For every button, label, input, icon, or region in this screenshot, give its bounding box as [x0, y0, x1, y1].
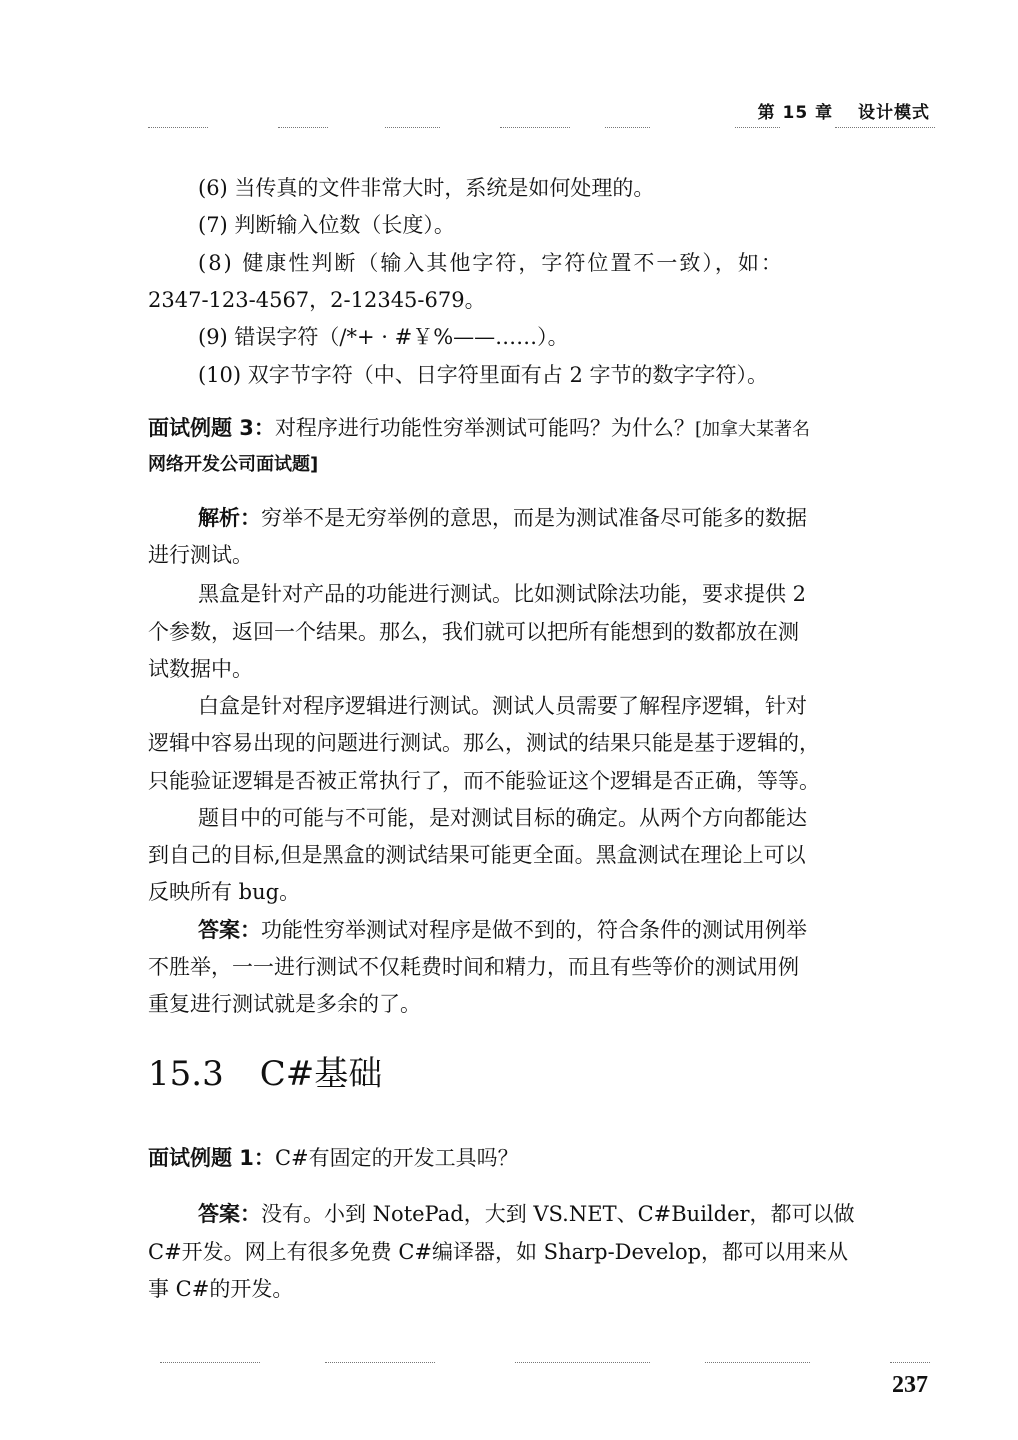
running-header: 第 15 章 设计模式 — [758, 98, 930, 123]
footer-rule — [325, 1362, 435, 1363]
header-rule — [605, 127, 650, 128]
header-rule — [735, 127, 780, 128]
question-3-source: 网络开发公司面试题] — [148, 447, 938, 483]
header-rule — [148, 127, 208, 128]
question-label: 面试例题 3： — [148, 416, 275, 440]
list-item: (6) 当传真的文件非常大时，系统是如何处理的。 — [198, 170, 988, 206]
answer-line: 事 C#的开发。 — [148, 1271, 938, 1307]
list-item: (9) 错误字符（/*+ · #￥%——……）。 — [198, 319, 988, 355]
section-heading: 15.3C#基础 — [148, 1052, 382, 1096]
question-text: 对程序进行功能性穷举测试可能吗？为什么？ — [275, 416, 695, 440]
analysis-text: 穷举不是无穷举例的意思，而是为测试准备尽可能多的数据 — [261, 506, 807, 530]
book-page: 第 15 章 设计模式 (6) 当传真的文件非常大时，系统是如何处理的。 (7)… — [0, 0, 1018, 1440]
answer-text: 功能性穷举测试对程序是做不到的，符合条件的测试用例举 — [261, 918, 807, 942]
chapter-title: 设计模式 — [858, 103, 930, 123]
section-number: 15.3 — [148, 1054, 224, 1094]
question-source-cont: 网络开发公司面试题] — [148, 454, 318, 475]
section-title-text: C#基础 — [260, 1054, 383, 1094]
paragraph-line: 黑盒是针对产品的功能进行测试。比如测试除法功能，要求提供 2 — [198, 576, 988, 612]
answer-text: 没有。小到 NotePad，大到 VS.NET、C#Builder，都可以做 — [261, 1202, 855, 1226]
question-1: 面试例题 1：C#有固定的开发工具吗？ — [148, 1140, 938, 1176]
header-rule — [835, 127, 935, 128]
paragraph-line: 题目中的可能与不可能，是对测试目标的确定。从两个方向都能达 — [198, 800, 988, 836]
footer-rule — [890, 1362, 930, 1363]
paragraph-line: 白盒是针对程序逻辑进行测试。测试人员需要了解程序逻辑，针对 — [198, 688, 988, 724]
header-rule — [500, 127, 570, 128]
list-item: (10) 双字节字符（中、日字符里面有占 2 字节的数字字符）。 — [198, 357, 988, 393]
answer-label: 答案： — [198, 918, 261, 942]
paragraph-line: 到自己的目标,但是黑盒的测试结果可能更全面。黑盒测试在理论上可以 — [148, 837, 938, 873]
footer-rule — [160, 1362, 260, 1363]
page-number: 237 — [892, 1372, 928, 1399]
paragraph-line: 逻辑中容易出现的问题进行测试。那么，测试的结果只能是基于逻辑的， — [148, 725, 938, 761]
analysis: 解析：穷举不是无穷举例的意思，而是为测试准备尽可能多的数据 — [198, 500, 988, 536]
answer-1: 答案：没有。小到 NotePad，大到 VS.NET、C#Builder，都可以… — [198, 1196, 988, 1232]
question-3: 面试例题 3：对程序进行功能性穷举测试可能吗？为什么？[加拿大某著名 — [148, 410, 938, 448]
answer-label: 答案： — [198, 1202, 261, 1226]
answer-line: 不胜举，一一进行测试不仅耗费时间和精力，而且有些等价的测试用例 — [148, 949, 938, 985]
paragraph-line: 反映所有 bug。 — [148, 874, 938, 910]
paragraph-line: 试数据中。 — [148, 651, 938, 687]
analysis-line: 进行测试。 — [148, 537, 938, 573]
paragraph-line: 只能验证逻辑是否被正常执行了，而不能验证这个逻辑是否正确，等等。 — [148, 763, 938, 799]
header-rule — [385, 127, 440, 128]
header-rule — [278, 127, 328, 128]
question-label: 面试例题 1： — [148, 1146, 275, 1170]
question-source: [加拿大某著名 — [695, 419, 810, 440]
list-item-continuation: 2347-123-4567，2-12345-679。 — [148, 282, 938, 318]
answer-3: 答案：功能性穷举测试对程序是做不到的，符合条件的测试用例举 — [198, 912, 988, 948]
list-item: (8) 健康性判断（输入其他字符，字符位置不一致），如： — [198, 245, 988, 281]
list-item: (7) 判断输入位数（长度）。 — [198, 207, 988, 243]
footer-rule — [705, 1362, 810, 1363]
answer-line: C#开发。网上有很多免费 C#编译器，如 Sharp-Develop，都可以用来… — [148, 1234, 938, 1270]
chapter-label: 第 15 章 — [758, 103, 834, 123]
analysis-label: 解析： — [198, 506, 261, 530]
question-text: C#有固定的开发工具吗？ — [275, 1146, 519, 1170]
footer-rule — [515, 1362, 650, 1363]
paragraph-line: 个参数，返回一个结果。那么，我们就可以把所有能想到的数都放在测 — [148, 614, 938, 650]
answer-line: 重复进行测试就是多余的了。 — [148, 986, 938, 1022]
